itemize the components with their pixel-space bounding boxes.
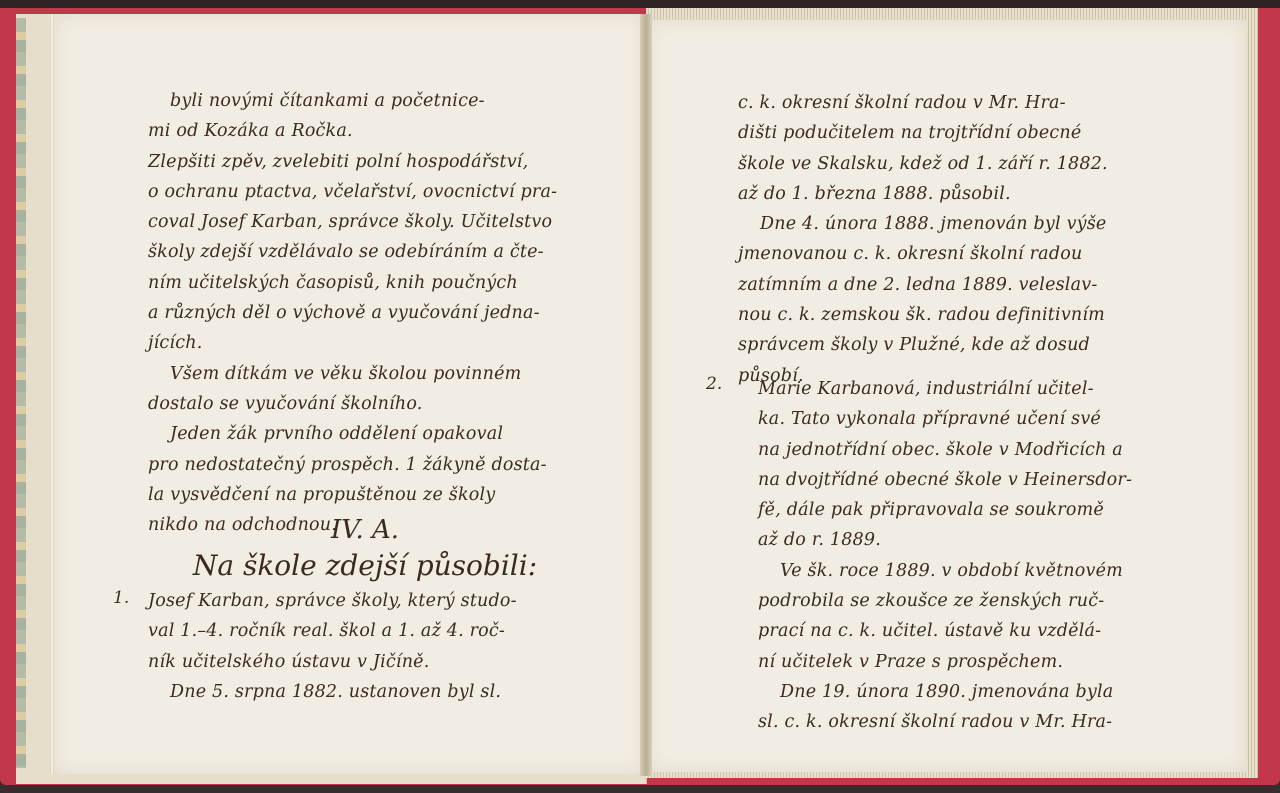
text-line: na dvojtřídné obecné škole v Heinersdor-	[758, 465, 1132, 495]
text-line: Dne 4. února 1888. jmenován byl výše	[738, 209, 1108, 239]
staff-entry-1: Josef Karban, správce školy, který studo…	[148, 586, 517, 707]
text-line: škole ve Skalsku, kdež od 1. září r. 188…	[738, 149, 1108, 179]
staff-entry-2: Marie Karbanová, industriální učitel- ka…	[758, 374, 1132, 738]
text-line: Dne 19. února 1890. jmenována byla	[758, 677, 1132, 707]
section-heading: IV. A. Na škole zdejší působili:	[150, 513, 580, 585]
text-line: ka. Tato vykonala přípravné učení své	[758, 404, 1132, 434]
text-line: jících.	[148, 328, 557, 358]
text-line: a různých děl o výchově a vyučování jedn…	[148, 298, 557, 328]
text-line: coval Josef Karban, správce školy. Učite…	[148, 207, 557, 237]
text-line: c. k. okresní školní radou v Mr. Hra-	[738, 88, 1108, 118]
left-page-text: byli novými čítankami a početnice- mi od…	[148, 86, 557, 540]
section-title: Na škole zdejší působili:	[150, 547, 580, 585]
text-line: dostalo se vyučování školního.	[148, 389, 557, 419]
text-line: Jeden žák prvního oddělení opakoval	[148, 419, 557, 449]
text-line: ník učitelského ústavu v Jičíně.	[148, 647, 517, 677]
background-edge	[0, 0, 1280, 8]
section-number: IV. A.	[150, 513, 580, 547]
text-line: Josef Karban, správce školy, který studo…	[148, 586, 517, 616]
text-line: byli novými čítankami a početnice-	[148, 86, 557, 116]
text-line: fě, dále pak připravovala se soukromě	[758, 495, 1132, 525]
text-line: Zlepšiti zpěv, zvelebiti polní hospodářs…	[148, 147, 557, 177]
right-page-text: c. k. okresní školní radou v Mr. Hra- di…	[738, 88, 1108, 391]
text-line: sl. c. k. okresní školní radou v Mr. Hra…	[758, 707, 1132, 737]
item-number: 1.	[113, 588, 129, 608]
text-line: prací na c. k. učitel. ústavě ku vzdělá-	[758, 616, 1132, 646]
text-line: Marie Karbanová, industriální učitel-	[758, 374, 1132, 404]
text-line: ní učitelek v Praze s prospěchem.	[758, 647, 1132, 677]
text-line: zatímním a dne 2. ledna 1889. veleslav-	[738, 270, 1108, 300]
book-gutter	[640, 14, 652, 776]
text-line: správcem školy v Plužné, kde až dosud	[738, 330, 1108, 360]
text-line: val 1.–4. ročník real. škol a 1. až 4. r…	[148, 616, 517, 646]
marbled-endpaper	[16, 18, 26, 768]
text-line: školy zdejší vzdělávalo se odebíráním a …	[148, 237, 557, 267]
text-line: podrobila se zkoušce ze ženských ruč-	[758, 586, 1132, 616]
text-line: pro nedostatečný prospěch. 1 žákyně dost…	[148, 450, 557, 480]
text-line: jmenovanou c. k. okresní školní radou	[738, 239, 1108, 269]
text-line: na jednotřídní obec. škole v Modřicích a	[758, 435, 1132, 465]
text-line: ním učitelských časopisů, knih poučných	[148, 268, 557, 298]
text-line: o ochranu ptactva, včelařství, ovocnictv…	[148, 177, 557, 207]
text-line: Ve šk. roce 1889. v období květnovém	[758, 556, 1132, 586]
text-line: la vysvědčení na propuštěnou ze školy	[148, 480, 557, 510]
text-line: dišti podučitelem na trojtřídní obecné	[738, 118, 1108, 148]
text-line: nou c. k. zemskou šk. radou definitivním	[738, 300, 1108, 330]
text-line: až do r. 1889.	[758, 525, 1132, 555]
text-line: Dne 5. srpna 1882. ustanoven byl sl.	[148, 677, 517, 707]
text-line: až do 1. března 1888. působil.	[738, 179, 1108, 209]
text-line: mi od Kozáka a Ročka.	[148, 116, 557, 146]
item-number: 2.	[706, 374, 722, 394]
text-line: Všem dítkám ve věku školou povinném	[148, 359, 557, 389]
